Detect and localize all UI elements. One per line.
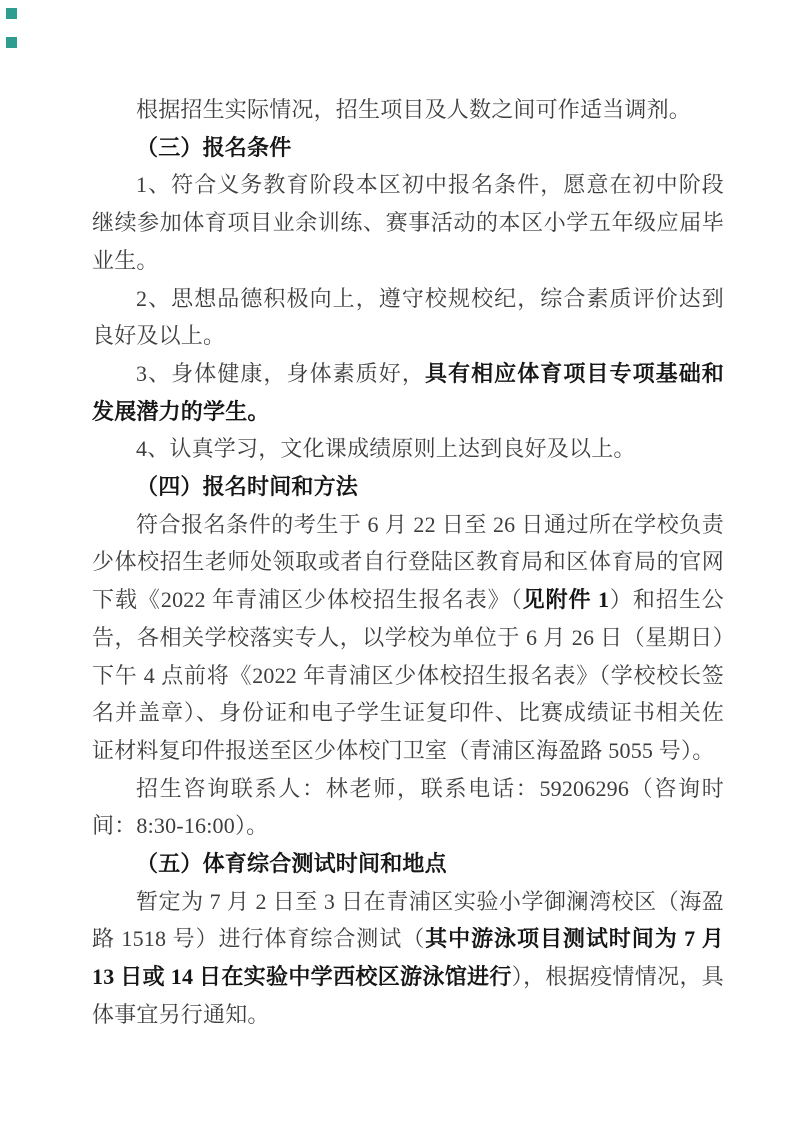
text-run: 见附件 1 (523, 587, 610, 612)
section-heading: （四）报名时间和方法 (92, 468, 724, 506)
text-run: 1、符合义务教育阶段本区初中报名条件，愿意在初中阶段继续参加体育项目业余训练、赛… (92, 172, 724, 272)
paragraph: 3、身体健康，身体素质好，具有相应体育项目专项基础和发展潜力的学生。 (92, 355, 724, 430)
paragraph: 4、认真学习，文化课成绩原则上达到良好及以上。 (92, 430, 724, 468)
paragraph: 符合报名条件的考生于 6 月 22 日至 26 日通过所在学校负责少体校招生老师… (92, 506, 724, 770)
paragraph: 根据招生实际情况，招生项目及人数之间可作适当调剂。 (92, 91, 724, 129)
document-body: 根据招生实际情况，招生项目及人数之间可作适当调剂。（三）报名条件1、符合义务教育… (92, 91, 724, 1034)
paragraph: 招生咨询联系人：林老师，联系电话：59206296（咨询时间：8:30-16:0… (92, 770, 724, 845)
corner-marker-top (6, 8, 17, 19)
text-run: 根据招生实际情况，招生项目及人数之间可作适当调剂。 (136, 97, 691, 122)
paragraph: 暂定为 7 月 2 日至 3 日在青浦区实验小学御澜湾校区（海盈路 1518 号… (92, 883, 724, 1034)
text-run: （五）体育综合测试时间和地点 (136, 851, 447, 876)
text-run: 4、认真学习，文化课成绩原则上达到良好及以上。 (136, 436, 636, 461)
text-run: 3、身体健康，身体素质好， (136, 361, 425, 386)
text-run: 招生咨询联系人：林老师，联系电话：59206296（咨询时间：8:30-16:0… (92, 776, 724, 839)
document-page: 根据招生实际情况，招生项目及人数之间可作适当调剂。（三）报名条件1、符合义务教育… (0, 0, 800, 1131)
paragraph: 1、符合义务教育阶段本区初中报名条件，愿意在初中阶段继续参加体育项目业余训练、赛… (92, 166, 724, 279)
section-heading: （五）体育综合测试时间和地点 (92, 845, 724, 883)
text-run: （三）报名条件 (136, 135, 291, 160)
section-heading: （三）报名条件 (92, 129, 724, 167)
text-run: ）和招生公告，各相关学校落实专人，以学校为单位于 6 月 26 日（星期日）下午… (92, 587, 724, 763)
text-run: （四）报名时间和方法 (136, 474, 358, 499)
text-run: 2、思想品德积极向上，遵守校规校纪，综合素质评价达到良好及以上。 (92, 286, 724, 349)
corner-marker-bottom (6, 37, 17, 48)
paragraph: 2、思想品德积极向上，遵守校规校纪，综合素质评价达到良好及以上。 (92, 280, 724, 355)
